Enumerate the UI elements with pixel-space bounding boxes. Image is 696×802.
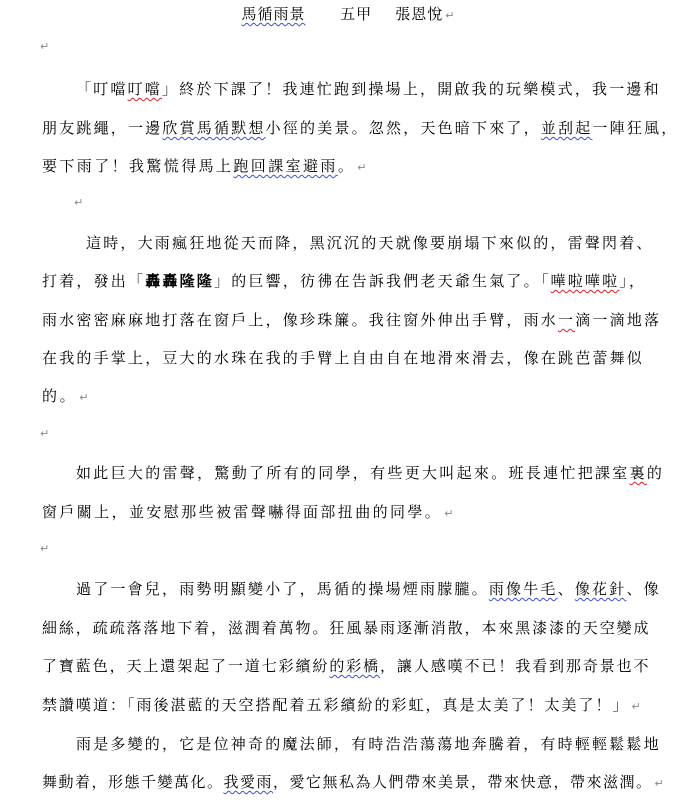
paragraph-mark-icon: ↵ xyxy=(445,9,454,22)
paragraph-3-line-1: 如此巨大的雷聲，驚動了所有的同學，有些更大叫起來。班長連忙把課室裏的 xyxy=(76,463,654,483)
paragraph-2-line-3: 雨水密密麻麻地打落在窗戶上，像珍珠簾。我往窗外伸出手臂，雨水一滴一滴地落 xyxy=(42,310,654,330)
paragraph-2-line-2: 打着，發出「轟轟隆隆」的巨響，彷彿在告訴我們老天爺生氣了。「嘩啦嘩啦」， xyxy=(42,271,654,291)
document-page[interactable]: 馬循雨景 五甲 張恩悅↵ ↵ 「叮噹叮噹」終於下課了！我連忙跑到操場上，開啟我的… xyxy=(0,0,696,802)
empty-paragraph-mark-icon: ↵ xyxy=(74,196,83,209)
paragraph-1-line-1: 「叮噹叮噹」終於下課了！我連忙跑到操場上，開啟我的玩樂模式，我一邊和 xyxy=(76,79,654,99)
paragraph-3-line-2: 窗戶關上，並安慰那些被雷聲嚇得面部扭曲的同學。↵ xyxy=(42,502,654,524)
grammar-flag[interactable]: 像花針 xyxy=(575,580,627,598)
paragraph-mark-icon: ↵ xyxy=(632,700,641,713)
paragraph-4-line-2: 細絲，疏疏落落地下着，滋潤着萬物。狂風暴雨逐漸消散，本來黑漆漆的天空變成 xyxy=(42,618,654,638)
paragraph-5-line-1: 雨是多變的，它是位神奇的魔法師，有時浩浩蕩蕩地奔騰着，有時輕輕鬆鬆地 xyxy=(76,734,654,754)
grammar-flag[interactable]: 我愛雨 xyxy=(224,773,274,791)
paragraph-1-line-3: 要下雨了！我驚慌得馬上跑回課室避雨。↵ xyxy=(42,156,654,178)
document-title: 馬循雨景 五甲 張恩悅↵ xyxy=(0,4,696,26)
grammar-flag[interactable]: 欣賞馬循默想 xyxy=(162,119,265,137)
class-name: 五甲 xyxy=(340,5,372,23)
empty-paragraph-mark-icon: ↵ xyxy=(40,40,49,53)
paragraph-2-line-5: 的。↵ xyxy=(42,386,654,408)
paragraph-2-line-1: 這時，大雨瘋狂地從天而降，黑沉沉的天就像要崩塌下來似的，雷聲閃着、 xyxy=(86,233,664,253)
spellcheck-flag[interactable]: 裏 xyxy=(630,464,647,482)
paragraph-mark-icon: ↵ xyxy=(444,507,453,520)
essay-title: 馬循雨景 xyxy=(242,5,306,23)
paragraph-1-line-2: 朋友跳繩，一邊欣賞馬循默想小徑的美景。忽然，天色暗下來了，並刮起一陣狂風， xyxy=(42,118,654,138)
paragraph-4-line-1: 過了一會兒，雨勢明顯變小了，馬循的操場煙雨朦朧。雨像牛毛、像花針、像 xyxy=(76,579,654,599)
paragraph-mark-icon: ↵ xyxy=(79,391,88,404)
paragraph-5-line-2: 舞動着，形態千變萬化。我愛雨，愛它無私為人們帶來美景，帶來快意，帶來滋潤。↵ xyxy=(42,772,654,794)
grammar-flag[interactable]: 跑回課室避雨 xyxy=(233,157,337,175)
paragraph-4-line-4: 禁讚嘆道：「雨後湛藍的天空搭配着五彩繽紛的彩虹，真是太美了！太美了！」↵ xyxy=(42,695,654,717)
paragraph-mark-icon: ↵ xyxy=(655,777,664,790)
grammar-flag[interactable]: 的彩橋 xyxy=(329,657,380,675)
empty-paragraph-mark-icon: ↵ xyxy=(40,427,49,440)
grammar-flag[interactable]: 並刮起 xyxy=(541,119,593,137)
paragraph-4-line-3: 了寶藍色，天上還架起了一道七彩繽紛的彩橋，讓人感嘆不已！我看到那奇景也不 xyxy=(42,656,654,676)
spellcheck-flag[interactable]: 一 xyxy=(558,311,575,329)
empty-paragraph-mark-icon: ↵ xyxy=(40,542,49,555)
grammar-flag[interactable]: 雨像牛毛 xyxy=(489,580,558,598)
paragraph-2-line-4: 在我的手掌上，豆大的水珠在我的手臂上自由自在地滑來滑去，像在跳芭蕾舞似 xyxy=(42,348,654,368)
spellcheck-flag[interactable]: 叮噹 xyxy=(128,80,162,98)
author-name: 張恩悅 xyxy=(395,5,443,23)
paragraph-mark-icon: ↵ xyxy=(357,161,366,174)
spellcheck-flag[interactable]: 嘩啦嘩啦 xyxy=(551,272,620,290)
